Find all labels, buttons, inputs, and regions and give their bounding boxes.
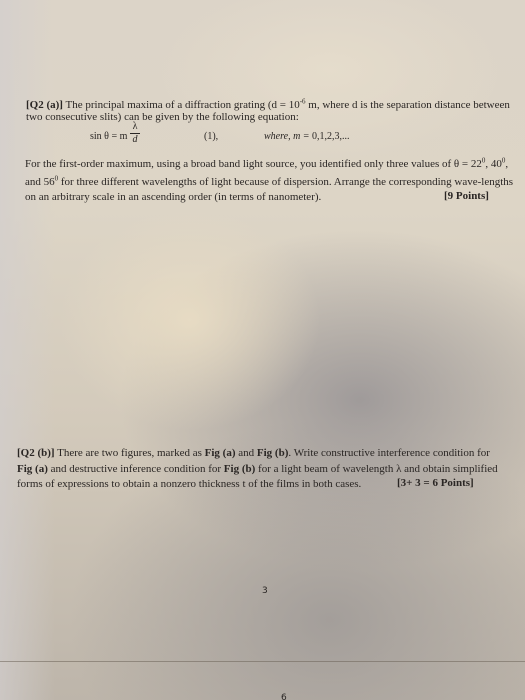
fig-b-ref: Fig (b)	[257, 447, 288, 459]
fig-a-ref: Fig (a)	[17, 463, 48, 475]
where-values: 0,1,2,3,...	[312, 131, 350, 142]
q2b-points: [3+ 3 = 6 Points]	[397, 477, 474, 489]
q2b-line-3: forms of expressions to obtain a nonzero…	[17, 477, 361, 492]
q2b-line-2: Fig (a) and destructive inference condit…	[17, 462, 498, 477]
equation-fraction: λ d	[130, 122, 140, 145]
fraction-numerator: λ	[130, 122, 140, 132]
q2a-paragraph-line-2: and 560 for three different wavelengths …	[25, 175, 513, 190]
next-page-number: 6	[281, 693, 287, 700]
para-mid: , 40	[485, 158, 502, 170]
fig-b-ref: Fig (b)	[224, 463, 255, 475]
equation-lhs: sin θ = m	[90, 131, 127, 142]
page-number: 3	[262, 586, 268, 596]
q2a-paragraph-line-1: For the first-order maximum, using a bro…	[25, 157, 508, 172]
q2b-text: and destructive inference condition for	[48, 463, 224, 475]
q2a-paragraph-line-3: on an arbitrary scale in an ascending or…	[25, 190, 321, 205]
fraction-denominator: d	[130, 135, 140, 145]
equation-where: where, m = 0,1,2,3,...	[264, 131, 350, 142]
para-start: and 56	[25, 176, 55, 188]
grating-equation: sin θ = m λ d (1), where, m = 0,1,2,3,..…	[90, 122, 350, 152]
para-rest: for three different wavelengths of light…	[58, 176, 513, 188]
equation-number: (1),	[204, 131, 218, 142]
para-end: ,	[505, 158, 508, 170]
q2b-line-1: [Q2 (b)] There are two figures, marked a…	[17, 446, 490, 461]
where-prefix: where, m =	[264, 131, 312, 142]
and-text: and	[236, 447, 257, 459]
para-text: For the first-order maximum, using a bro…	[25, 158, 482, 170]
fig-a-ref: Fig (a)	[205, 447, 236, 459]
q2b-text-rest: . Write constructive interference condit…	[288, 447, 490, 459]
q2b-text-rest: for a light beam of wavelength λ and obt…	[255, 463, 497, 475]
q2b-label: [Q2 (b)]	[17, 447, 55, 459]
q2b-text: There are two figures, marked as	[55, 447, 205, 459]
page-fold-line	[0, 661, 525, 662]
q2a-points: [9 Points]	[444, 190, 489, 202]
q2a-text-rest: m, where d is the separation distance be…	[306, 99, 510, 111]
